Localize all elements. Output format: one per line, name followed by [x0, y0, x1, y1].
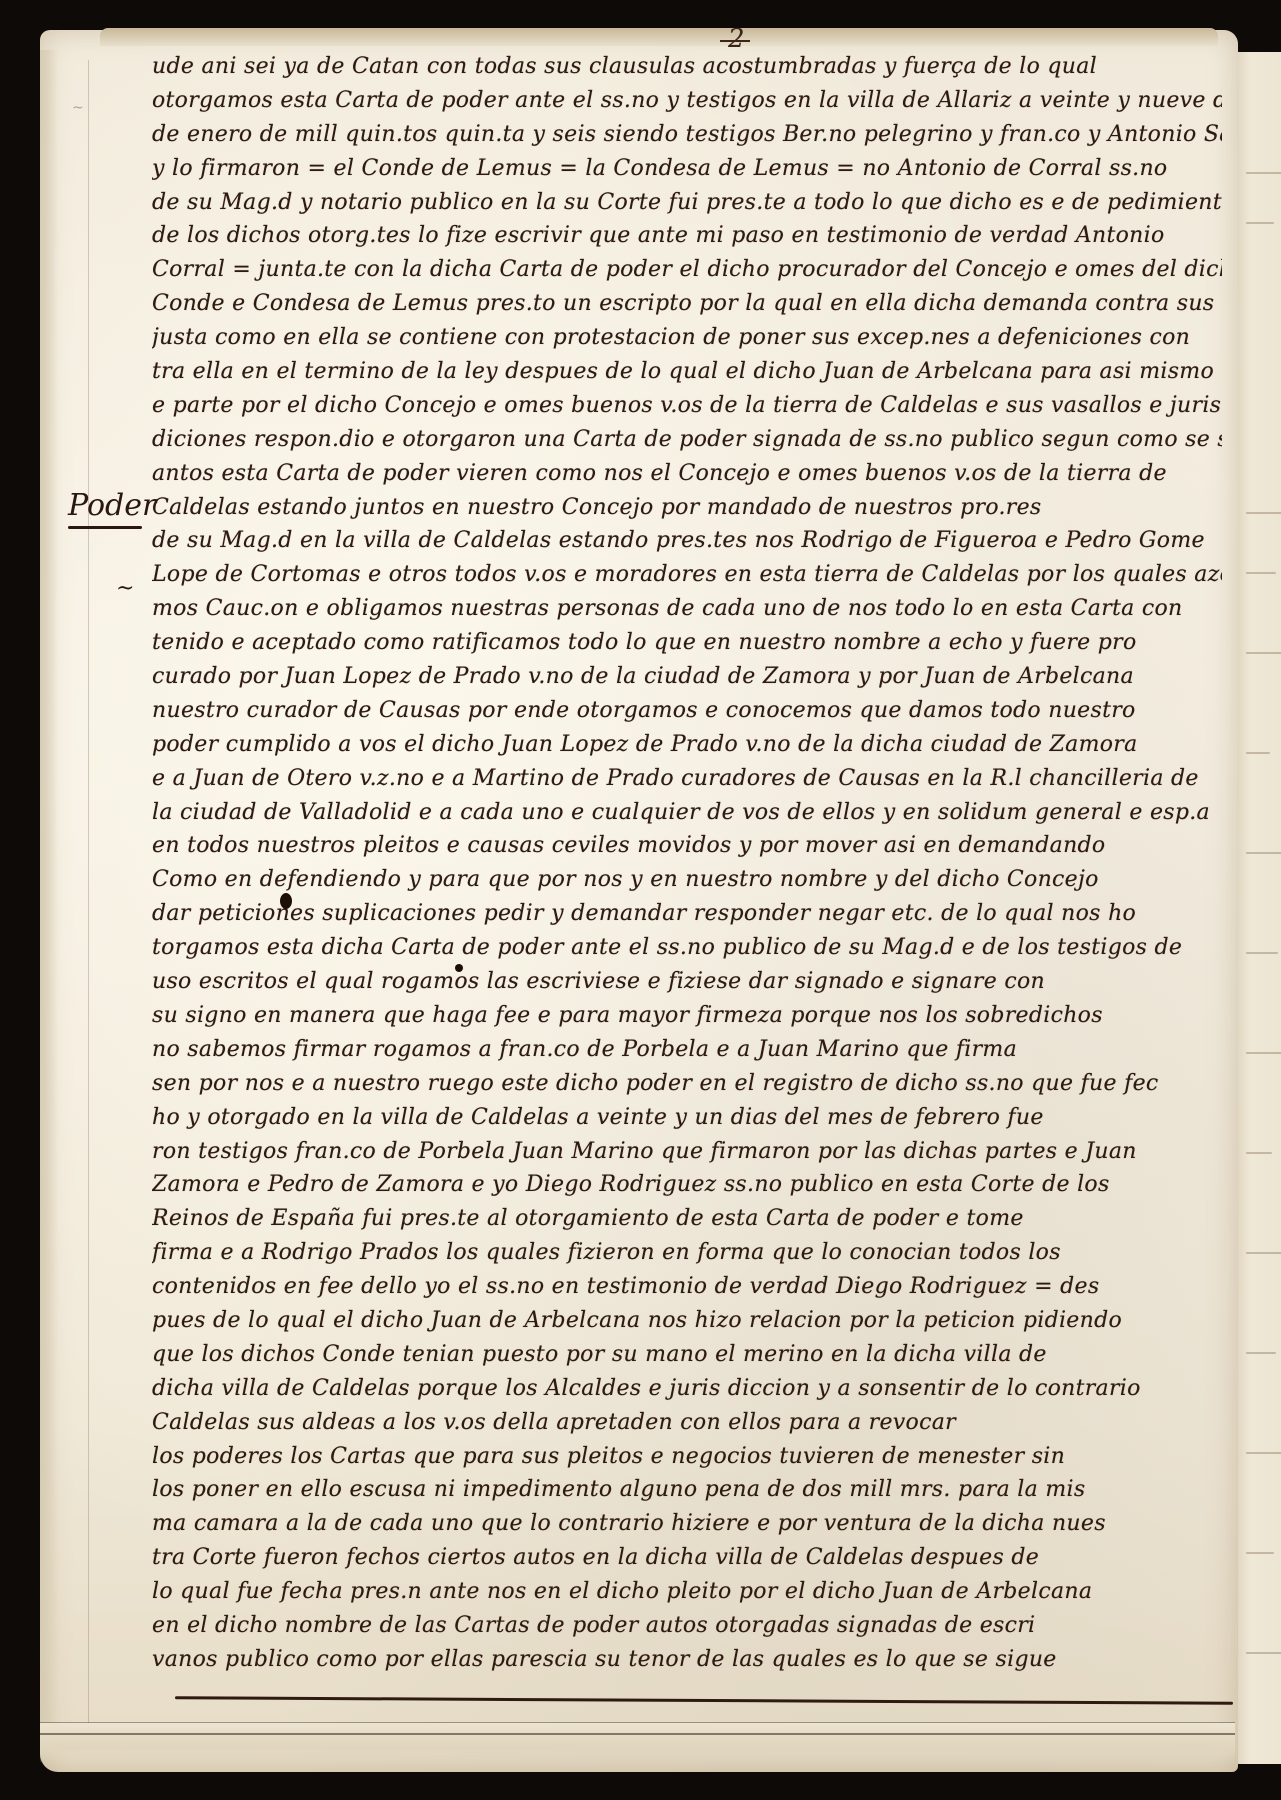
text-line: diciones respon.dio e otorgaron una Cart… — [152, 423, 1222, 457]
text-line: y lo firmaron = el Conde de Lemus = la C… — [152, 152, 1222, 186]
text-line: e a Juan de Otero v.z.no e a Martino de … — [152, 762, 1222, 796]
text-line: los poner en ello escusa ni impedimento … — [152, 1473, 1222, 1507]
text-line: Conde e Condesa de Lemus pres.to un escr… — [152, 287, 1222, 321]
ink-blot — [455, 964, 463, 972]
text-line: vanos publico como por ellas parescia su… — [152, 1643, 1222, 1677]
text-line: otorgamos esta Carta de poder ante el ss… — [152, 84, 1222, 118]
worn-top-edge — [100, 28, 1218, 46]
text-line: tra ella en el termino de la ley despues… — [152, 355, 1222, 389]
text-line: de su Mag.d en la villa de Caldelas esta… — [152, 524, 1222, 558]
text-line: en todos nuestros pleitos e causas cevil… — [152, 829, 1222, 863]
text-line: curado por Juan Lopez de Prado v.no de l… — [152, 660, 1222, 694]
text-line: mos Cauc.on e obligamos nuestras persona… — [152, 592, 1222, 626]
text-line: lo qual fue fecha pres.n ante nos en el … — [152, 1575, 1222, 1609]
text-line: ma camara a la de cada uno que lo contra… — [152, 1507, 1222, 1541]
text-line: uso escritos el qual rogamos las escrivi… — [152, 965, 1222, 999]
text-line: justa como en ella se contiene con prote… — [152, 321, 1222, 355]
text-line: de su Mag.d y notario publico en la su C… — [152, 186, 1222, 220]
text-line: dicha villa de Caldelas porque los Alcal… — [152, 1372, 1222, 1406]
text-line: Lope de Cortomas e otros todos v.os e mo… — [152, 558, 1222, 592]
text-line: ron testigos fran.co de Porbela Juan Mar… — [152, 1135, 1222, 1169]
text-line: su signo en manera que haga fee e para m… — [152, 999, 1222, 1033]
text-line: poder cumplido a vos el dicho Juan Lopez… — [152, 728, 1222, 762]
text-line: Caldelas estando juntos en nuestro Conce… — [152, 491, 1222, 525]
margin-note-poder: Poder — [68, 488, 156, 523]
manuscript-text-block: ude ani sei ya de Catan con todas sus cl… — [152, 50, 1222, 1677]
text-line: Zamora e Pedro de Zamora e yo Diego Rodr… — [152, 1168, 1222, 1202]
text-line: sen por nos e a nuestro ruego este dicho… — [152, 1067, 1222, 1101]
worn-bottom-edge — [40, 1722, 1235, 1763]
pencil-mark: ~ — [72, 100, 84, 116]
text-line: nuestro curador de Causas por ende otorg… — [152, 694, 1222, 728]
text-line: firma e a Rodrigo Prados los quales fizi… — [152, 1236, 1222, 1270]
text-line: los poderes los Cartas que para sus plei… — [152, 1440, 1222, 1474]
text-line: contenidos en fee dello yo el ss.no en t… — [152, 1270, 1222, 1304]
text-line: no sabemos firmar rogamos a fran.co de P… — [152, 1033, 1222, 1067]
ink-blot — [280, 893, 292, 909]
text-line: tenido e aceptado como ratificamos todo … — [152, 626, 1222, 660]
worn-left-edge — [40, 50, 58, 1742]
text-line: tra Corte fueron fechos ciertos autos en… — [152, 1541, 1222, 1575]
text-line: de los dichos otorg.tes lo fize escrivir… — [152, 219, 1222, 253]
text-line: Reinos de España fui pres.te al otorgami… — [152, 1202, 1222, 1236]
text-line: de enero de mill quin.tos quin.ta y seis… — [152, 118, 1222, 152]
text-line: e parte por el dicho Concejo e omes buen… — [152, 389, 1222, 423]
text-line: Corral = junta.te con la dicha Carta de … — [152, 253, 1222, 287]
text-line: Como en defendiendo y para que por nos y… — [152, 863, 1222, 897]
text-line: dar peticiones suplicaciones pedir y dem… — [152, 897, 1222, 931]
margin-fold-line — [88, 60, 89, 1740]
margin-dash-mark: ~ — [116, 576, 134, 601]
text-line: que los dichos Conde tenian puesto por s… — [152, 1338, 1222, 1372]
text-line: pues de lo qual el dicho Juan de Arbelca… — [152, 1304, 1222, 1338]
text-line: antos esta Carta de poder vieren como no… — [152, 457, 1222, 491]
text-line: la ciudad de Valladolid e a cada uno e c… — [152, 796, 1222, 830]
text-line: torgamos esta dicha Carta de poder ante … — [152, 931, 1222, 965]
text-line: ude ani sei ya de Catan con todas sus cl… — [152, 50, 1222, 84]
text-line: Caldelas sus aldeas a los v.os della apr… — [152, 1406, 1222, 1440]
text-line: ho y otorgado en la villa de Caldelas a … — [152, 1101, 1222, 1135]
text-line: en el dicho nombre de las Cartas de pode… — [152, 1609, 1222, 1643]
